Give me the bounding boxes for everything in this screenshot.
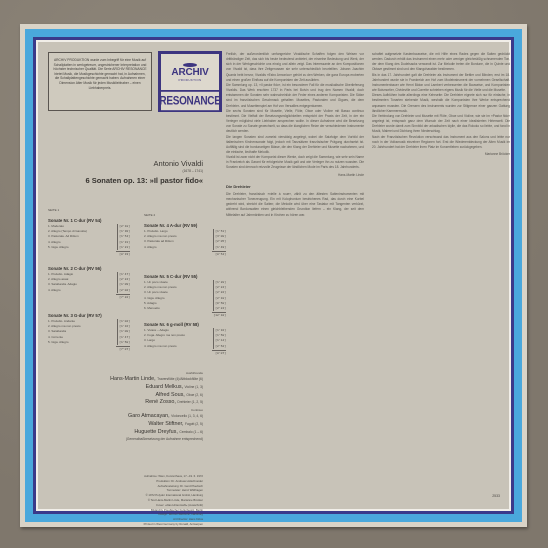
sonata-total-time: [7'22] xyxy=(116,294,130,299)
essay-signature: Marianne Bröcker xyxy=(372,152,510,157)
essay-column-right: schaftet aufgesetzte Kastenbauweise, die… xyxy=(372,52,510,492)
track-time: [1'58] xyxy=(117,340,130,345)
sonata-block: Sonate Nr. 6 g-moll (RV 58)1. Vivace – A… xyxy=(144,322,226,355)
credit-line: Printed in West Germany by Ronald, Antwe… xyxy=(144,522,203,527)
sonata-title: Sonate Nr. 5 C-dur (RV 55) xyxy=(144,274,226,279)
essay-column-middle: Freilich, der außerordentlich umfangreic… xyxy=(226,52,364,504)
essay-paragraph: Freilich, der außerordentlich umfangreic… xyxy=(226,52,364,83)
essay-paragraph: Die Drehleier, französisch »vielle à rou… xyxy=(226,192,364,218)
white-border: ARCHIV PRODUKTION wurde zum Inbegriff fü… xyxy=(36,40,511,511)
work-title: 6 Sonaten op. 13: »Il pastor fido« xyxy=(85,176,203,185)
sonata-block: Sonate Nr. 1 C-dur (RV 54)1. Moderato[2'… xyxy=(48,218,130,256)
performer: Garo Atmacayan, Violoncello (1, 3, 4, 6) xyxy=(110,413,203,421)
performer-name: Huguette Dreyfus, xyxy=(134,429,179,435)
essay-paragraph: Die Sammlung op. 13, »Il pastor fido«, i… xyxy=(226,83,364,109)
essay-paragraph: Bis in das 17. Jahrhundert galt die Dreh… xyxy=(372,73,510,94)
essay-paragraph: Die langen Sonaten sind zumeist viersätz… xyxy=(226,135,364,156)
track-row: 5. Giga. Allegro[1'21] xyxy=(48,245,130,250)
performer-role: Oboe (2, 6) xyxy=(186,393,203,397)
logo-brand: ARCHIV xyxy=(171,68,208,78)
sonata-block: Sonate Nr. 2 C-dur (RV 56)1. Preludio. A… xyxy=(48,266,130,299)
album-back-cover: ARCHIV PRODUKTION wurde zum Inbegriff fü… xyxy=(20,24,527,527)
track-row: 4. Allegro[2'02] xyxy=(48,288,130,293)
logo-subtitle: PRODUKTION xyxy=(178,78,201,82)
cyan-border: ARCHIV PRODUKTION wurde zum Inbegriff fü… xyxy=(25,29,522,522)
sonata-total-time: [7'07] xyxy=(116,346,130,351)
track-name: 5. Giga. Allegro xyxy=(48,245,69,250)
catalog-number: 2533 xyxy=(492,494,500,498)
side-label: SEITE 2 xyxy=(144,213,155,217)
logo-series: RESONANCE xyxy=(161,92,219,110)
performer-name: Hans-Martin Linde, xyxy=(110,376,157,382)
sonata-title: Sonate Nr. 2 C-dur (RV 56) xyxy=(48,266,130,271)
essay-paragraph: Dieses Aufblühen hatte allerdings eine K… xyxy=(372,93,510,114)
essay-signature: Hans-Martin Linde xyxy=(226,173,364,178)
performer: Alfred Sous, Oboe (2, 6) xyxy=(110,392,203,400)
performer-name: Alfred Sous, xyxy=(155,392,186,398)
performer-role: Drehleier (1, 2, 5) xyxy=(177,400,203,404)
track-name: 4. Allegro xyxy=(48,288,61,293)
track-name: 6. Menuetto xyxy=(144,306,160,311)
track-row: 4. Allegro ma non presto[2'52] xyxy=(144,344,226,349)
performer: Walter Stiftner, Fagott (2, 5) xyxy=(110,421,203,429)
sonata-title: Sonate Nr. 3 G-dur (RV 57) xyxy=(48,313,130,318)
performers: Ausführende Hans-Martin Linde, Traversfl… xyxy=(110,370,203,442)
sonata-title: Sonate Nr. 4 A-dur (RV 59) xyxy=(144,223,226,228)
performer: Eduard Melkus, Violine (1, 3) xyxy=(110,384,203,392)
performer-role: Fagott (2, 5) xyxy=(185,422,203,426)
essay-paragraph: Die Verbindung von Drehleier und Musette… xyxy=(372,114,510,135)
composer-dates: (1678 – 1741) xyxy=(182,169,203,173)
side-label: SEITE 1 xyxy=(48,208,59,212)
essay-paragraph: Nach der Französischen Revolution versch… xyxy=(372,135,510,150)
track-row: 5. Giga. Allegro[1'58] xyxy=(48,340,130,345)
sonata-block: Sonate Nr. 5 C-dur (RV 55)1. Un poco viv… xyxy=(144,274,226,317)
sonata-block: Sonate Nr. 4 A-dur (RV 59)1. Preludio. L… xyxy=(144,223,226,256)
performer-name: Walter Stiftner, xyxy=(148,421,185,427)
track-name: 5. Giga. Allegro xyxy=(48,340,69,345)
sonata-total-time: [8'33] xyxy=(116,251,130,256)
sonata-title: Sonate Nr. 1 C-dur (RV 54) xyxy=(48,218,130,223)
track-time: [2'52] xyxy=(213,344,226,349)
sonata-title: Sonate Nr. 6 g-moll (RV 58) xyxy=(144,322,226,327)
continuo-note: (Generalbaßbesetzung der Aufnahme entspr… xyxy=(110,437,203,442)
archiv-info-box: ARCHIV PRODUKTION wurde zum Inbegriff fü… xyxy=(48,52,152,111)
track-time: [2'02] xyxy=(117,288,130,293)
performer-role: Violoncello (1, 3, 4, 6) xyxy=(171,414,203,418)
emblem-icon xyxy=(183,63,197,67)
performer-name: René Zosso, xyxy=(145,399,177,405)
essay-paragraph: Vivaldi ist zwar nicht der Komponist die… xyxy=(226,155,364,170)
performer-name: Eduard Melkus, xyxy=(146,384,185,390)
track-name: 4. Allegro ma non presto xyxy=(144,344,177,349)
section-heading: Die Drehleier xyxy=(226,184,364,189)
recording-credits: Aufnahme: Wien, Konzerthaus, 17.–19. 6. … xyxy=(144,474,203,527)
track-name: 4. Allegro xyxy=(144,245,157,250)
track-row: 4. Allegro[1'49] xyxy=(144,245,226,250)
sonata-total-time: [12'10] xyxy=(212,312,226,317)
info-text: ARCHIV PRODUKTION wurde zum Inbegriff fü… xyxy=(53,58,146,90)
composer-name: Antonio Vivaldi xyxy=(154,159,203,168)
track-time: [2'24] xyxy=(213,306,226,311)
performer-role: Violine (1, 3) xyxy=(185,385,203,389)
essay-paragraph: Die sechs Sonaten sind für Musette, Viel… xyxy=(226,109,364,135)
essay-paragraph: schaftet aufgesetzte Kastenbauweise, die… xyxy=(372,52,510,73)
performer: Huguette Dreyfus, Cembalo (1 – 6) xyxy=(110,429,203,437)
performer-role: Cembalo (1 – 6) xyxy=(179,430,203,434)
track-row: 6. Menuetto[2'24] xyxy=(144,306,226,311)
sonata-total-time: [8'07] xyxy=(212,350,226,355)
performer: René Zosso, Drehleier (1, 2, 5) xyxy=(110,399,203,407)
sonata-total-time: [8'54] xyxy=(212,251,226,256)
archiv-resonance-logo: ARCHIV PRODUKTION RESONANCE xyxy=(158,51,222,112)
track-time: [1'21] xyxy=(117,245,130,250)
navy-border: ARCHIV PRODUKTION wurde zum Inbegriff fü… xyxy=(33,37,514,514)
performer-name: Garo Atmacayan, xyxy=(128,413,171,419)
performer: Hans-Martin Linde, Traversflöte (4)/Altb… xyxy=(110,376,203,384)
sonata-block: Sonate Nr. 3 G-dur (RV 57)1. Preludio. A… xyxy=(48,313,130,351)
track-time: [1'49] xyxy=(213,245,226,250)
performer-role: Traversflöte (4)/Altblockflöte (6) xyxy=(157,377,203,381)
content-panel: ARCHIV PRODUKTION wurde zum Inbegriff fü… xyxy=(38,42,509,509)
